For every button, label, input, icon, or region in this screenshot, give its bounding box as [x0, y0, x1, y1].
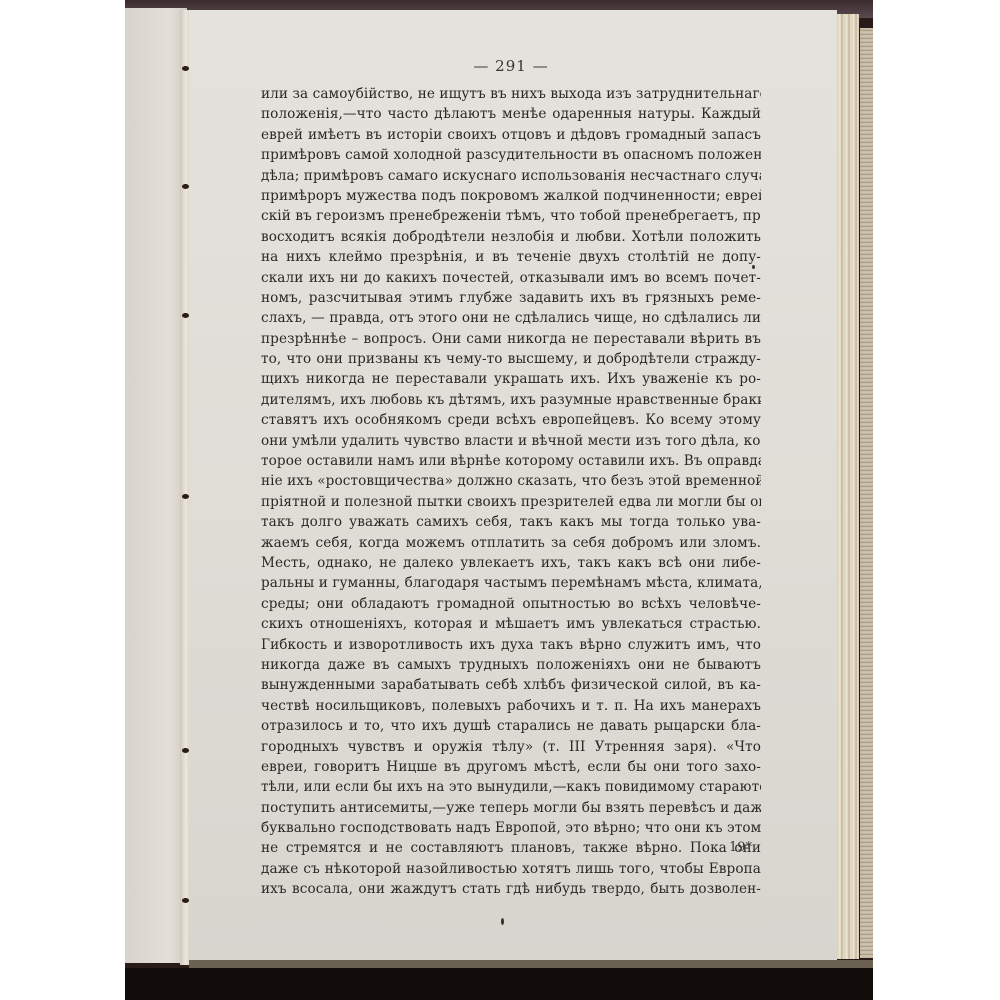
book-photo: — 291 — или за самоубійство, не ищутъ въ… — [125, 0, 1000, 1000]
text-line: скали ихъ ни до какихъ почестей, отказыв… — [261, 268, 761, 288]
binding-stitch-hole — [182, 66, 189, 71]
text-line: восходитъ всякія добродѣтели незлобія и … — [261, 227, 761, 247]
text-line: или за самоубійство, не ищутъ въ нихъ вы… — [261, 84, 761, 104]
text-line: чествѣ носильщиковъ, полевыхъ рабочихъ и… — [261, 696, 761, 716]
text-line: то, что они призваны къ чему-то высшему,… — [261, 349, 761, 369]
text-line: отразилось и то, что ихъ душѣ старались … — [261, 716, 761, 736]
text-line: тѣли, или если бы ихъ на это вынудили,—к… — [261, 777, 761, 797]
binding-stitch-hole — [182, 748, 189, 753]
text-line: слахъ, — правда, отъ этого они не сдѣлал… — [261, 308, 761, 328]
text-line: поступить антисемиты,—уже теперь могли б… — [261, 798, 761, 818]
text-line: городныхъ чувствъ и оружія тѣлу» (т. III… — [261, 737, 761, 757]
background-bottom — [125, 968, 885, 1000]
page-edges — [837, 14, 859, 959]
page-text: — 291 — или за самоубійство, не ищутъ въ… — [261, 57, 761, 900]
cloth-cover-bottom — [189, 960, 879, 968]
paper-speck — [501, 918, 504, 925]
text-line: буквально господствовать надъ Европой, э… — [261, 818, 761, 838]
text-line: дителямъ, ихъ любовь къ дѣтямъ, ихъ разу… — [261, 390, 761, 410]
text-line: дѣла; примѣровъ самаго искуснаго использ… — [261, 166, 761, 186]
text-line: презрѣннѣе – вопросъ. Они сами никогда н… — [261, 329, 761, 349]
binding-stitch-hole — [182, 898, 189, 903]
text-line: пріятной и полезной пытки своихъ презрит… — [261, 492, 761, 512]
text-line: даже съ нѣкоторой назойливостью хотятъ л… — [261, 859, 761, 879]
text-lines: или за самоубійство, не ищутъ въ нихъ вы… — [261, 84, 761, 900]
left-page-edge — [125, 8, 187, 963]
text-line: жаемъ себя, когда можемъ отплатить за се… — [261, 533, 761, 553]
text-line: Месть, однако, не далеко увлекаетъ ихъ, … — [261, 553, 761, 573]
text-line: еврей имѣетъ въ исторіи своихъ отцовъ и … — [261, 125, 761, 145]
text-line: они умѣли удалить чувство власти и вѣчно… — [261, 431, 761, 451]
text-line: среды; они обладаютъ громадной опытность… — [261, 594, 761, 614]
text-line: скій въ героизмъ пренебреженіи тѣмъ, что… — [261, 206, 761, 226]
text-line: ставятъ ихъ особнякомъ среди всѣхъ европ… — [261, 410, 761, 430]
text-line: такъ долго уважать самихъ себя, такъ как… — [261, 512, 761, 532]
text-line: евреи, говоритъ Ницше въ другомъ мѣстѣ, … — [261, 757, 761, 777]
text-line: на нихъ клеймо презрѣнія, и въ теченіе д… — [261, 247, 761, 267]
binding-stitch-hole — [182, 494, 189, 499]
text-line: номъ, разсчитывая этимъ глубже задавить … — [261, 288, 761, 308]
text-line: Гибкость и изворотливость ихъ духа такъ … — [261, 635, 761, 655]
text-line: примѣровъ самой холодной разсудительност… — [261, 145, 761, 165]
printer-signature-mark: 19* — [729, 840, 752, 855]
text-line: щихъ никогда не переставали украшать ихъ… — [261, 369, 761, 389]
text-line: ихъ всосала, они жаждутъ стать гдѣ нибуд… — [261, 879, 761, 899]
text-line: примѣроръ мужества подъ покровомъ жалкой… — [261, 186, 761, 206]
text-line: скихъ отношеніяхъ, которая и мѣшаетъ имъ… — [261, 614, 761, 634]
text-line: вынужденными зарабатывать себѣ хлѣбъ физ… — [261, 675, 761, 695]
binding-stitch-hole — [182, 184, 189, 189]
page-number: — 291 — — [261, 57, 761, 75]
text-line: никогда даже въ самыхъ трудныхъ положені… — [261, 655, 761, 675]
text-line: ральны и гуманны, благодаря частымъ пере… — [261, 573, 761, 593]
binding-stitch-hole — [182, 313, 189, 318]
text-line: ніе ихъ «ростовщичества» должно сказать,… — [261, 471, 761, 491]
text-line: положенія,—что часто дѣлаютъ менѣе одаре… — [261, 104, 761, 124]
text-line: не стремятся и не составляютъ плановъ, т… — [261, 838, 761, 858]
text-line: торое оставили намъ или вѣрнѣе которому … — [261, 451, 761, 471]
right-margin-blank — [873, 0, 1000, 1000]
